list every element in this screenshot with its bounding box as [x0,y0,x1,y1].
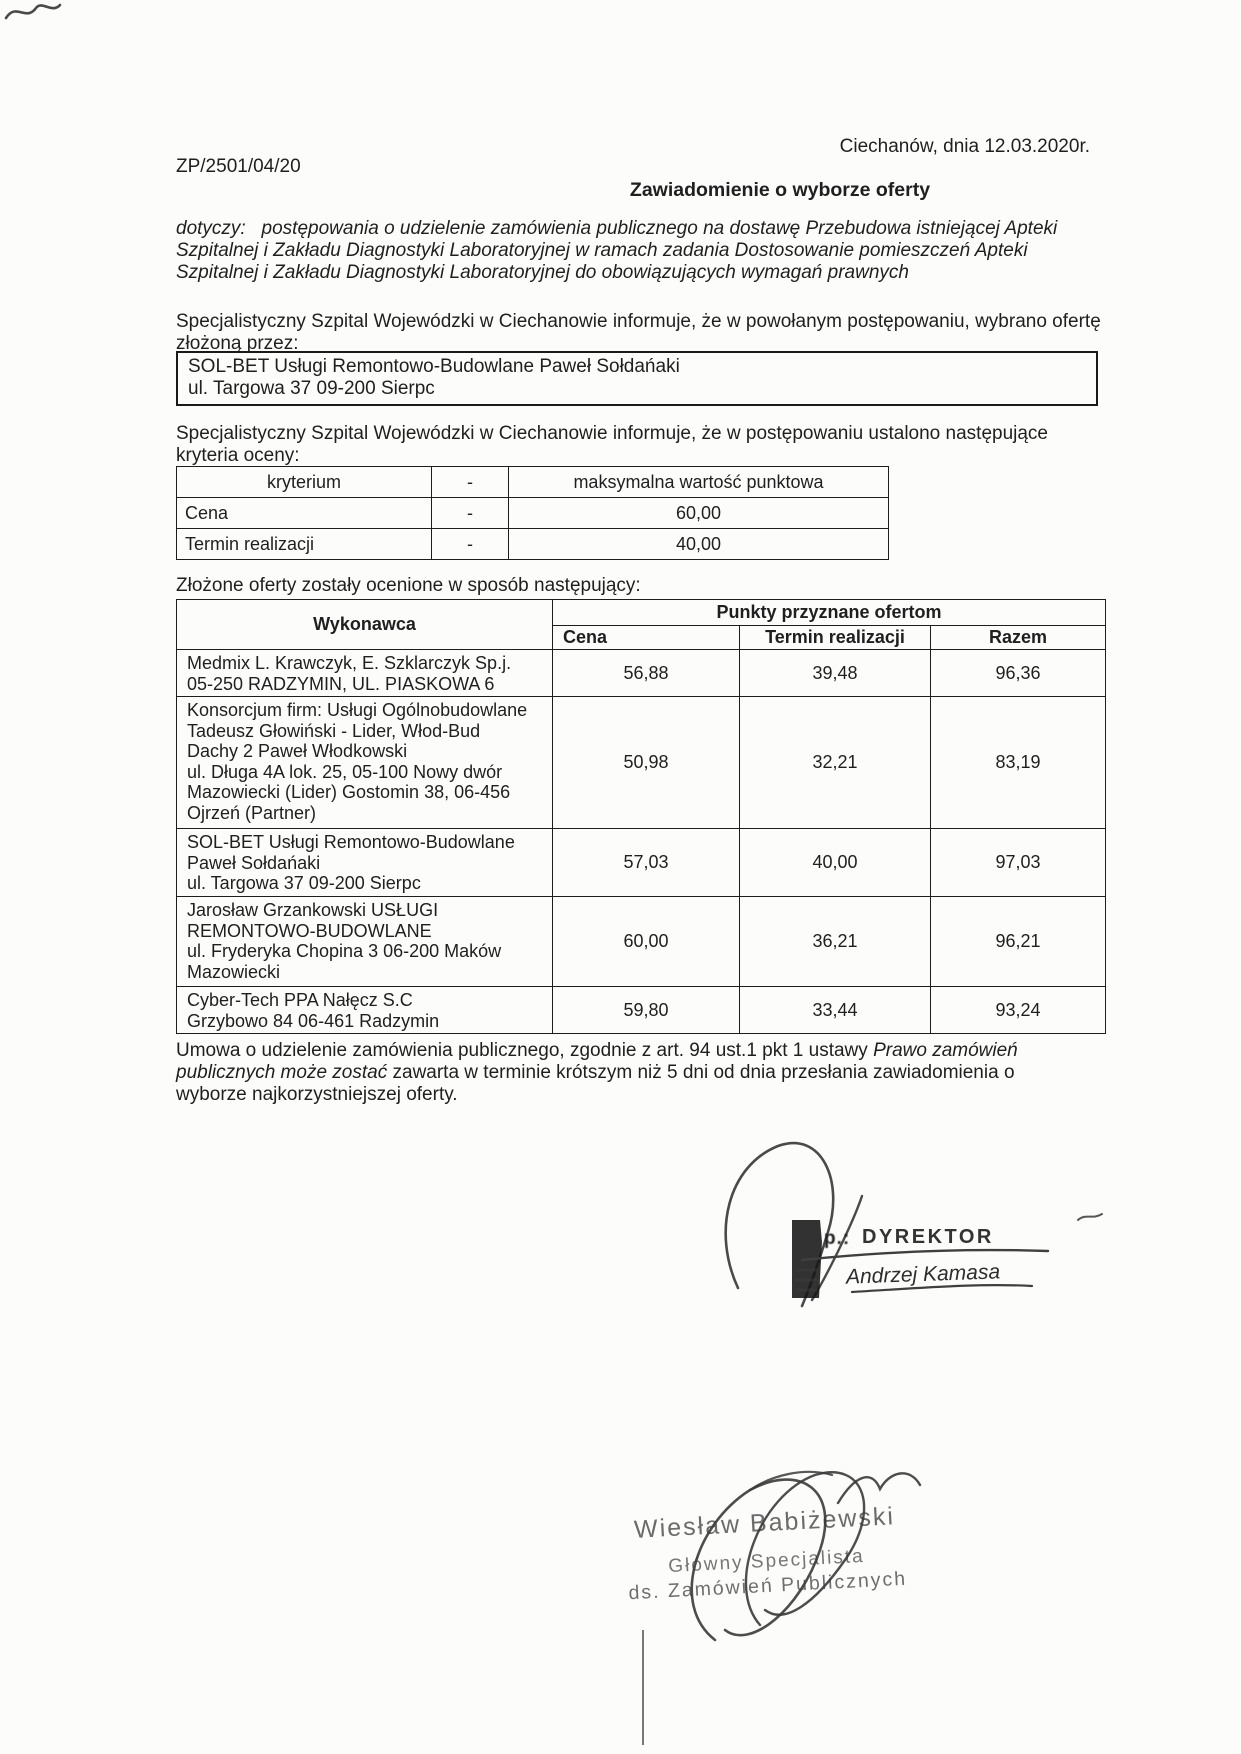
offer-razem: 83,19 [931,697,1106,829]
criteria-col-max: maksymalna wartość punktowa [509,467,889,498]
director-stamp-title: DYREKTOR [862,1226,994,1249]
offer-contractor: Konsorcjum firm: Usługi Ogólnobudowlane … [177,697,553,829]
criterion-dash: - [432,529,509,560]
criteria-paragraph: Specjalistyczny Szpital Wojewódzki w Cie… [176,423,1096,467]
scan-artifact-vertical-line [642,1630,644,1745]
offers-subcol-razem: Razem [931,626,1106,650]
offers-points-group-header: Punkty przyznane ofertom [553,600,1106,626]
scanned-document-page: Ciechanów, dnia 12.03.2020r. ZP/2501/04/… [0,0,1241,1754]
offer-row: Jarosław Grzankowski USŁUGI REMONTOWO-BU… [177,897,1106,987]
offer-row: Medmix L. Krawczyk, E. Szklarczyk Sp.j. … [177,650,1106,697]
offer-contractor: SOL-BET Usługi Remontowo-Budowlane Paweł… [177,829,553,897]
offers-header-row: Wykonawca Punkty przyznane ofertom [177,600,1106,626]
criteria-col-dash: - [432,467,509,498]
criterion-name: Cena [177,498,432,529]
closing-paragraph: Umowa o udzielenie zamówienia publiczneg… [176,1040,1061,1106]
offer-cena: 57,03 [553,829,740,897]
reference-number: ZP/2501/04/20 [176,156,301,178]
date-line: Ciechanów, dnia 12.03.2020r. [840,136,1090,158]
director-signature [630,1120,1110,1330]
winner-box: SOL-BET Usługi Remontowo-Budowlane Paweł… [176,351,1098,406]
document-title: Zawiadomienie o wyborze oferty [530,179,1030,202]
subject-text: postępowania o udzielenie zamówienia pub… [176,218,1057,283]
criteria-row-termin: Termin realizacji - 40,00 [177,529,889,560]
offer-contractor: Cyber-Tech PPA Nałęcz S.C Grzybowo 84 06… [177,987,553,1034]
criteria-table: kryterium - maksymalna wartość punktowa … [176,466,889,560]
offer-razem: 93,24 [931,987,1106,1034]
offer-termin: 36,21 [740,897,931,987]
offer-row: SOL-BET Usługi Remontowo-Budowlane Paweł… [177,829,1106,897]
criteria-header-row: kryterium - maksymalna wartość punktowa [177,467,889,498]
offers-intro: Złożone oferty zostały ocenione w sposób… [176,575,641,597]
offer-razem: 97,03 [931,829,1106,897]
offer-termin: 39,48 [740,650,931,697]
offer-razem: 96,36 [931,650,1106,697]
offer-row: Cyber-Tech PPA Nałęcz S.C Grzybowo 84 06… [177,987,1106,1034]
offer-contractor: Medmix L. Krawczyk, E. Szklarczyk Sp.j. … [177,650,553,697]
winner-address: ul. Targowa 37 09-200 Sierpc [188,378,1086,400]
offers-table: Wykonawca Punkty przyznane ofertom Cena … [176,599,1106,1034]
criterion-value: 40,00 [509,529,889,560]
subject-paragraph: dotyczy: postępowania o udzielenie zamów… [176,218,1081,284]
offer-cena: 59,80 [553,987,740,1034]
director-stamp-prefix: p.: [824,1228,850,1250]
criterion-name: Termin realizacji [177,529,432,560]
offer-contractor: Jarosław Grzankowski USŁUGI REMONTOWO-BU… [177,897,553,987]
closing-text: Umowa o udzielenie zamówienia publiczneg… [176,1040,873,1061]
criteria-row-cena: Cena - 60,00 [177,498,889,529]
offer-termin: 32,21 [740,697,931,829]
criterion-dash: - [432,498,509,529]
offers-subcol-termin: Termin realizacji [740,626,931,650]
selection-paragraph: Specjalistyczny Szpital Wojewódzki w Cie… [176,311,1106,355]
criterion-value: 60,00 [509,498,889,529]
offer-razem: 96,21 [931,897,1106,987]
offer-termin: 40,00 [740,829,931,897]
offer-cena: 60,00 [553,897,740,987]
offer-row: Konsorcjum firm: Usługi Ogólnobudowlane … [177,697,1106,829]
offer-cena: 56,88 [553,650,740,697]
winner-name: SOL-BET Usługi Remontowo-Budowlane Paweł… [188,356,1086,378]
offer-termin: 33,44 [740,987,931,1034]
specialist-signature [600,1455,940,1675]
criteria-col-kryterium: kryterium [177,467,432,498]
offer-cena: 50,98 [553,697,740,829]
scan-artifact-topleft [2,0,64,30]
subject-label: dotyczy: [176,218,246,239]
offers-subcol-cena: Cena [553,626,740,650]
offers-col-wykonawca: Wykonawca [177,600,553,650]
